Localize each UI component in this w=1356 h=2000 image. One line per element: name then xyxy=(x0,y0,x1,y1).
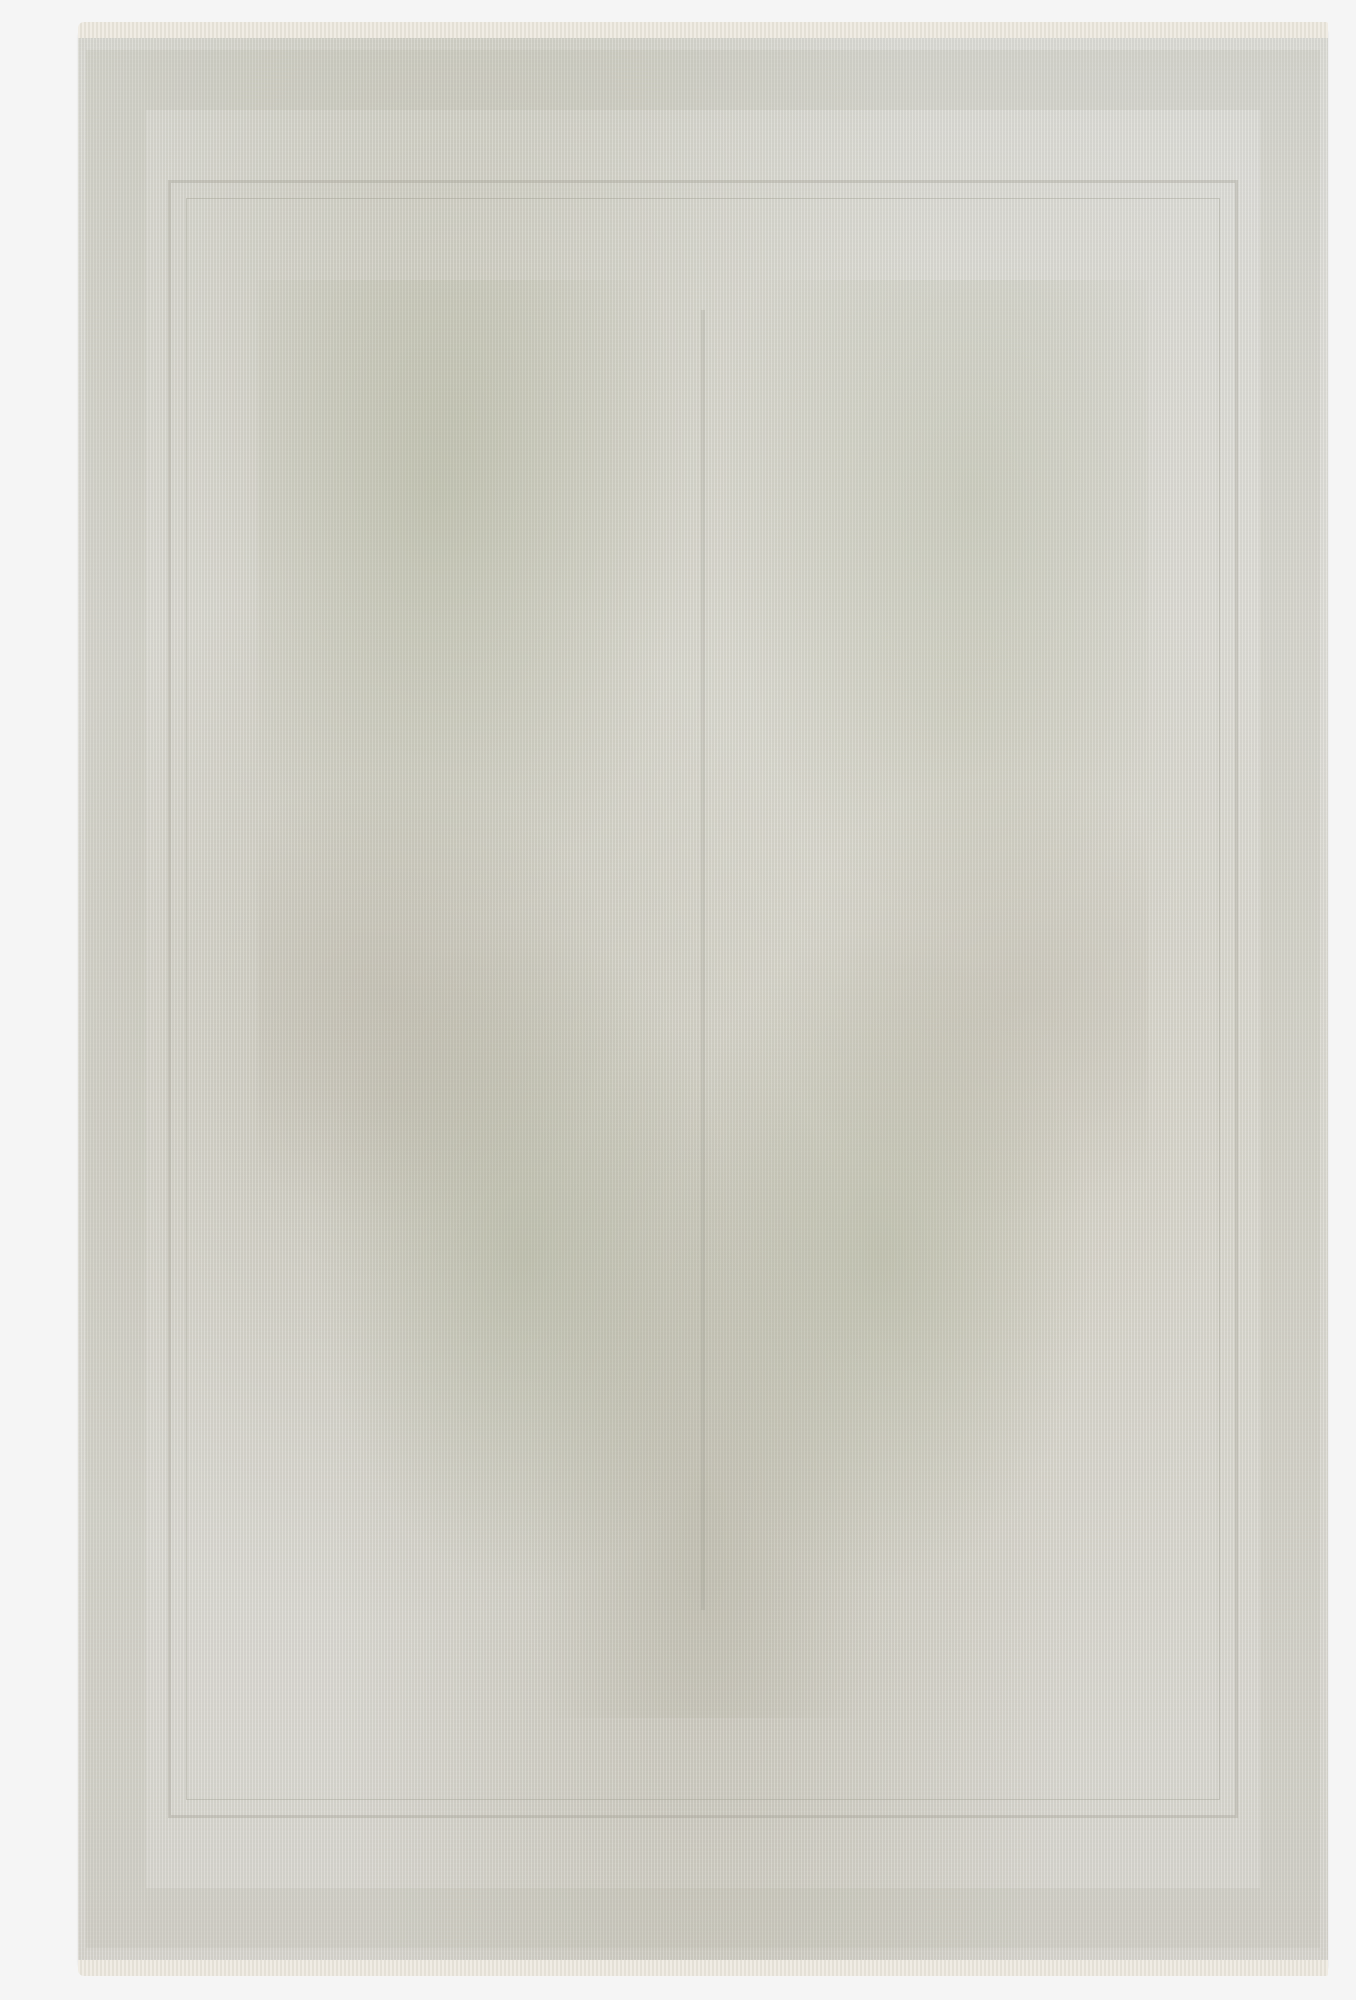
photo-stage xyxy=(0,0,1356,2000)
rug-center-motif xyxy=(701,310,705,1610)
rug-fringe-bottom xyxy=(78,1960,1328,1976)
rug xyxy=(78,30,1328,1968)
rug-fringe-top xyxy=(78,22,1328,38)
